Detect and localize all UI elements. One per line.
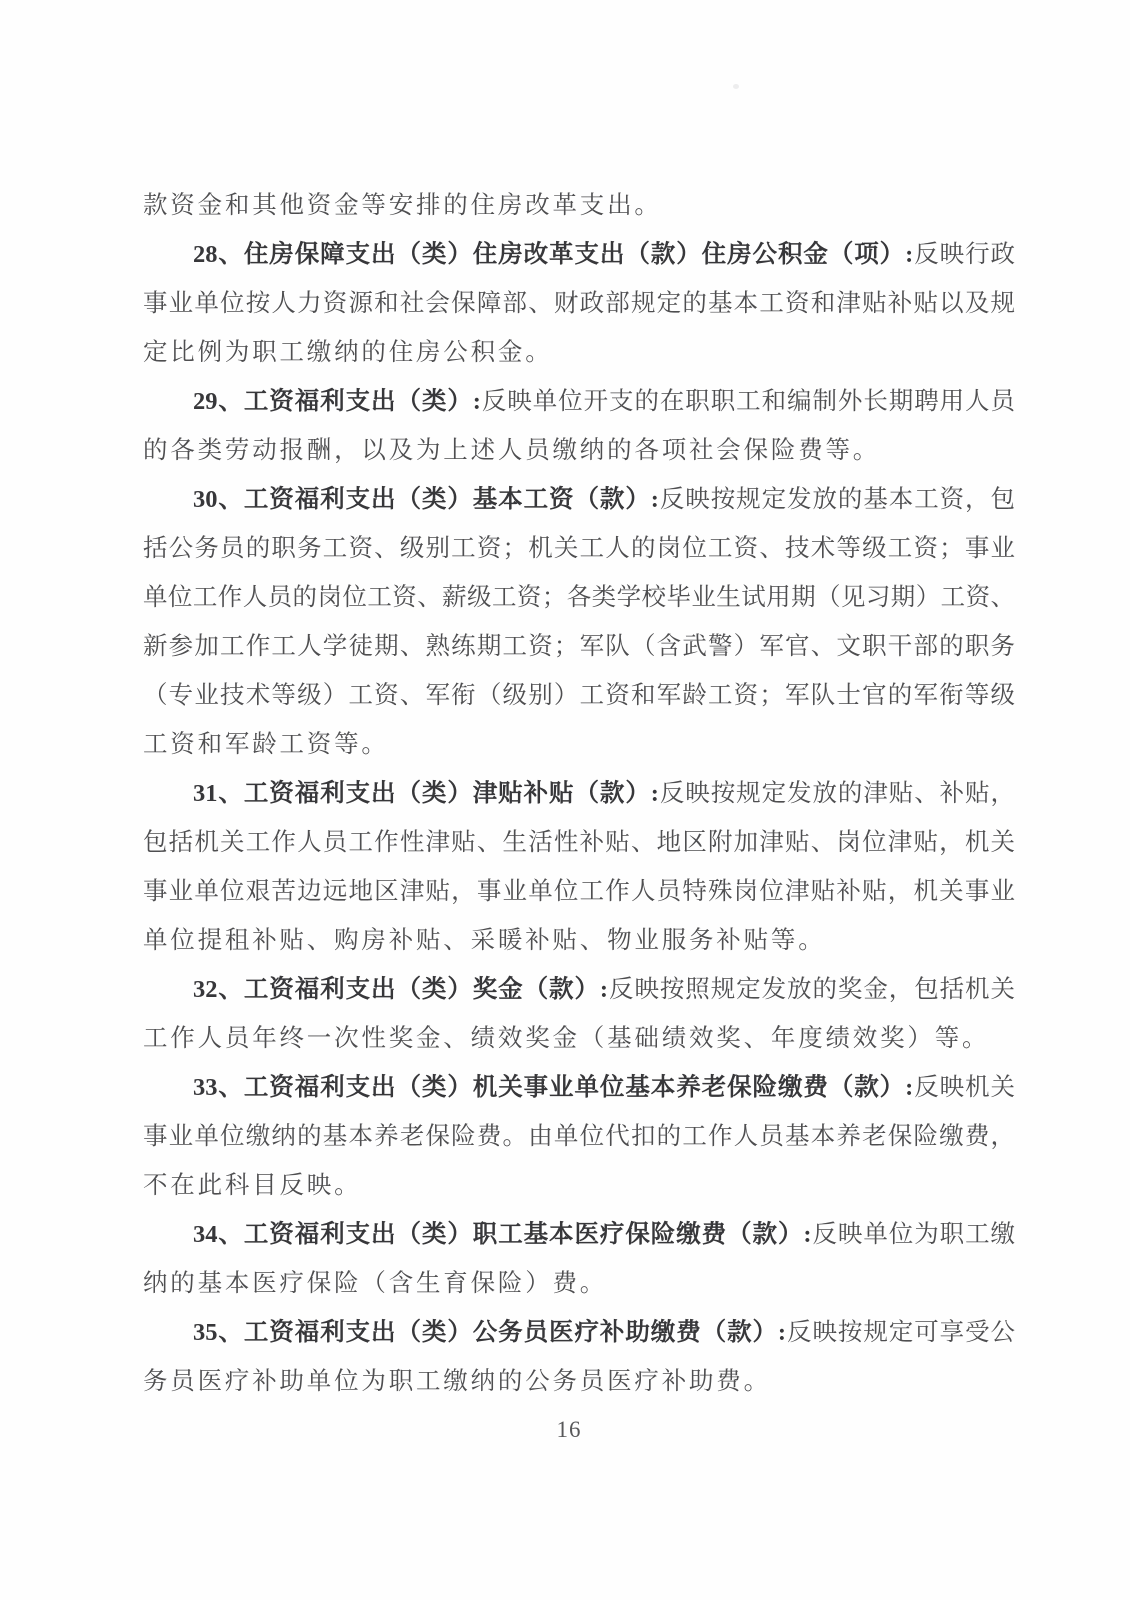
text-segment: 单位工作人员的岗位工资、薪级工资；各类学校毕业生试用期（见习期）工资、 [143,584,1015,611]
text-line: 事业单位缴纳的基本养老保险费。由单位代扣的工作人员基本养老保险缴费， [143,1112,1015,1161]
text-segment: 反映按规定发放的津贴、补贴， [659,780,1015,807]
heading-segment: 28、住房保障支出（类）住房改革支出（款）住房公积金（项）: [193,241,913,268]
text-segment: 定比例为职工缴纳的住房公积金。 [143,339,553,366]
text-line: 务员医疗补助单位为职工缴纳的公务员医疗补助费。 [143,1357,1015,1406]
document-body: 款资金和其他资金等安排的住房改革支出。28、住房保障支出（类）住房改革支出（款）… [143,181,1015,1406]
text-segment: 反映行政 [913,241,1015,268]
text-line: （专业技术等级）工资、军衔（级别）工资和军龄工资；军队士官的军衔等级 [143,671,1015,720]
heading-segment: 29、工资福利支出（类）: [193,388,481,415]
text-segment: 括公务员的职务工资、级别工资；机关工人的岗位工资、技术等级工资；事业 [143,535,1015,562]
text-line: 事业单位艰苦边远地区津贴，事业单位工作人员特殊岗位津贴补贴，机关事业 [143,867,1015,916]
scan-artifact [733,84,739,89]
text-line: 单位提租补贴、购房补贴、采暖补贴、物业服务补贴等。 [143,916,1015,965]
text-segment: 工资和军龄工资等。 [143,731,389,758]
text-segment: 的各类劳动报酬，以及为上述人员缴纳的各项社会保险费等。 [143,437,880,464]
text-segment: 事业单位按人力资源和社会保障部、财政部规定的基本工资和津贴补贴以及规 [143,290,1015,317]
text-line: 35、工资福利支出（类）公务员医疗补助缴费（款）:反映按规定可享受公 [143,1308,1015,1357]
text-line: 工资和军龄工资等。 [143,720,1015,769]
text-segment: （专业技术等级）工资、军衔（级别）工资和军龄工资；军队士官的军衔等级 [143,682,1015,709]
text-segment: 新参加工作工人学徒期、熟练期工资；军队（含武警）军官、文职干部的职务 [143,633,1015,660]
text-line: 工作人员年终一次性奖金、绩效奖金（基础绩效奖、年度绩效奖）等。 [143,1014,1015,1063]
text-line: 30、工资福利支出（类）基本工资（款）:反映按规定发放的基本工资，包 [143,475,1015,524]
heading-segment: 35、工资福利支出（类）公务员医疗补助缴费（款）: [193,1319,786,1346]
text-line: 纳的基本医疗保险（含生育保险）费。 [143,1259,1015,1308]
text-line: 事业单位按人力资源和社会保障部、财政部规定的基本工资和津贴补贴以及规 [143,279,1015,328]
text-segment: 款资金和其他资金等安排的住房改革支出。 [143,192,662,219]
text-line: 31、工资福利支出（类）津贴补贴（款）:反映按规定发放的津贴、补贴， [143,769,1015,818]
text-line: 单位工作人员的岗位工资、薪级工资；各类学校毕业生试用期（见习期）工资、 [143,573,1015,622]
text-segment: 不在此科目反映。 [143,1172,361,1199]
text-segment: 反映单位开支的在职职工和编制外长期聘用人员 [481,388,1015,415]
text-segment: 事业单位缴纳的基本养老保险费。由单位代扣的工作人员基本养老保险缴费， [143,1123,1015,1150]
text-line: 款资金和其他资金等安排的住房改革支出。 [143,181,1015,230]
heading-segment: 32、工资福利支出（类）奖金（款）: [193,976,608,1003]
text-segment: 包括机关工作人员工作性津贴、生活性补贴、地区附加津贴、岗位津贴，机关 [143,829,1015,856]
para-33: 33、工资福利支出（类）机关事业单位基本养老保险缴费（款）:反映机关事业单位缴纳… [143,1063,1015,1210]
para-32: 32、工资福利支出（类）奖金（款）:反映按照规定发放的奖金，包括机关工作人员年终… [143,965,1015,1063]
text-segment: 反映机关 [913,1074,1015,1101]
heading-segment: 33、工资福利支出（类）机关事业单位基本养老保险缴费（款）: [193,1074,913,1101]
heading-segment: 34、工资福利支出（类）职工基本医疗保险缴费（款）: [193,1221,812,1248]
document-page: 款资金和其他资金等安排的住房改革支出。28、住房保障支出（类）住房改革支出（款）… [0,0,1130,1600]
text-line: 新参加工作工人学徒期、熟练期工资；军队（含武警）军官、文职干部的职务 [143,622,1015,671]
text-line: 29、工资福利支出（类）:反映单位开支的在职职工和编制外长期聘用人员 [143,377,1015,426]
text-segment: 反映按照规定发放的奖金，包括机关 [608,976,1015,1003]
text-segment: 工作人员年终一次性奖金、绩效奖金（基础绩效奖、年度绩效奖）等。 [143,1025,989,1052]
text-segment: 反映单位为职工缴 [812,1221,1015,1248]
heading-segment: 31、工资福利支出（类）津贴补贴（款）: [193,780,659,807]
para-34: 34、工资福利支出（类）职工基本医疗保险缴费（款）:反映单位为职工缴纳的基本医疗… [143,1210,1015,1308]
text-segment: 务员医疗补助单位为职工缴纳的公务员医疗补助费。 [143,1368,771,1395]
para-28: 28、住房保障支出（类）住房改革支出（款）住房公积金（项）:反映行政事业单位按人… [143,230,1015,377]
text-line: 33、工资福利支出（类）机关事业单位基本养老保险缴费（款）:反映机关 [143,1063,1015,1112]
para-29: 29、工资福利支出（类）:反映单位开支的在职职工和编制外长期聘用人员的各类劳动报… [143,377,1015,475]
text-segment: 纳的基本医疗保险（含生育保险）费。 [143,1270,607,1297]
para-31: 31、工资福利支出（类）津贴补贴（款）:反映按规定发放的津贴、补贴，包括机关工作… [143,769,1015,965]
text-line: 的各类劳动报酬，以及为上述人员缴纳的各项社会保险费等。 [143,426,1015,475]
text-line: 括公务员的职务工资、级别工资；机关工人的岗位工资、技术等级工资；事业 [143,524,1015,573]
text-line: 28、住房保障支出（类）住房改革支出（款）住房公积金（项）:反映行政 [143,230,1015,279]
text-line: 定比例为职工缴纳的住房公积金。 [143,328,1015,377]
para-35: 35、工资福利支出（类）公务员医疗补助缴费（款）:反映按规定可享受公务员医疗补助… [143,1308,1015,1406]
text-line: 包括机关工作人员工作性津贴、生活性补贴、地区附加津贴、岗位津贴，机关 [143,818,1015,867]
para-30: 30、工资福利支出（类）基本工资（款）:反映按规定发放的基本工资，包括公务员的职… [143,475,1015,769]
text-line: 32、工资福利支出（类）奖金（款）:反映按照规定发放的奖金，包括机关 [143,965,1015,1014]
text-segment: 反映按规定可享受公 [786,1319,1015,1346]
para-27-continuation: 款资金和其他资金等安排的住房改革支出。 [143,181,1015,230]
text-segment: 单位提租补贴、购房补贴、采暖补贴、物业服务补贴等。 [143,927,826,954]
text-line: 34、工资福利支出（类）职工基本医疗保险缴费（款）:反映单位为职工缴 [143,1210,1015,1259]
text-segment: 反映按规定发放的基本工资，包 [659,486,1015,513]
text-line: 不在此科目反映。 [143,1161,1015,1210]
heading-segment: 30、工资福利支出（类）基本工资（款）: [193,486,659,513]
page-number: 16 [133,1417,1005,1443]
text-segment: 事业单位艰苦边远地区津贴，事业单位工作人员特殊岗位津贴补贴，机关事业 [143,878,1015,905]
